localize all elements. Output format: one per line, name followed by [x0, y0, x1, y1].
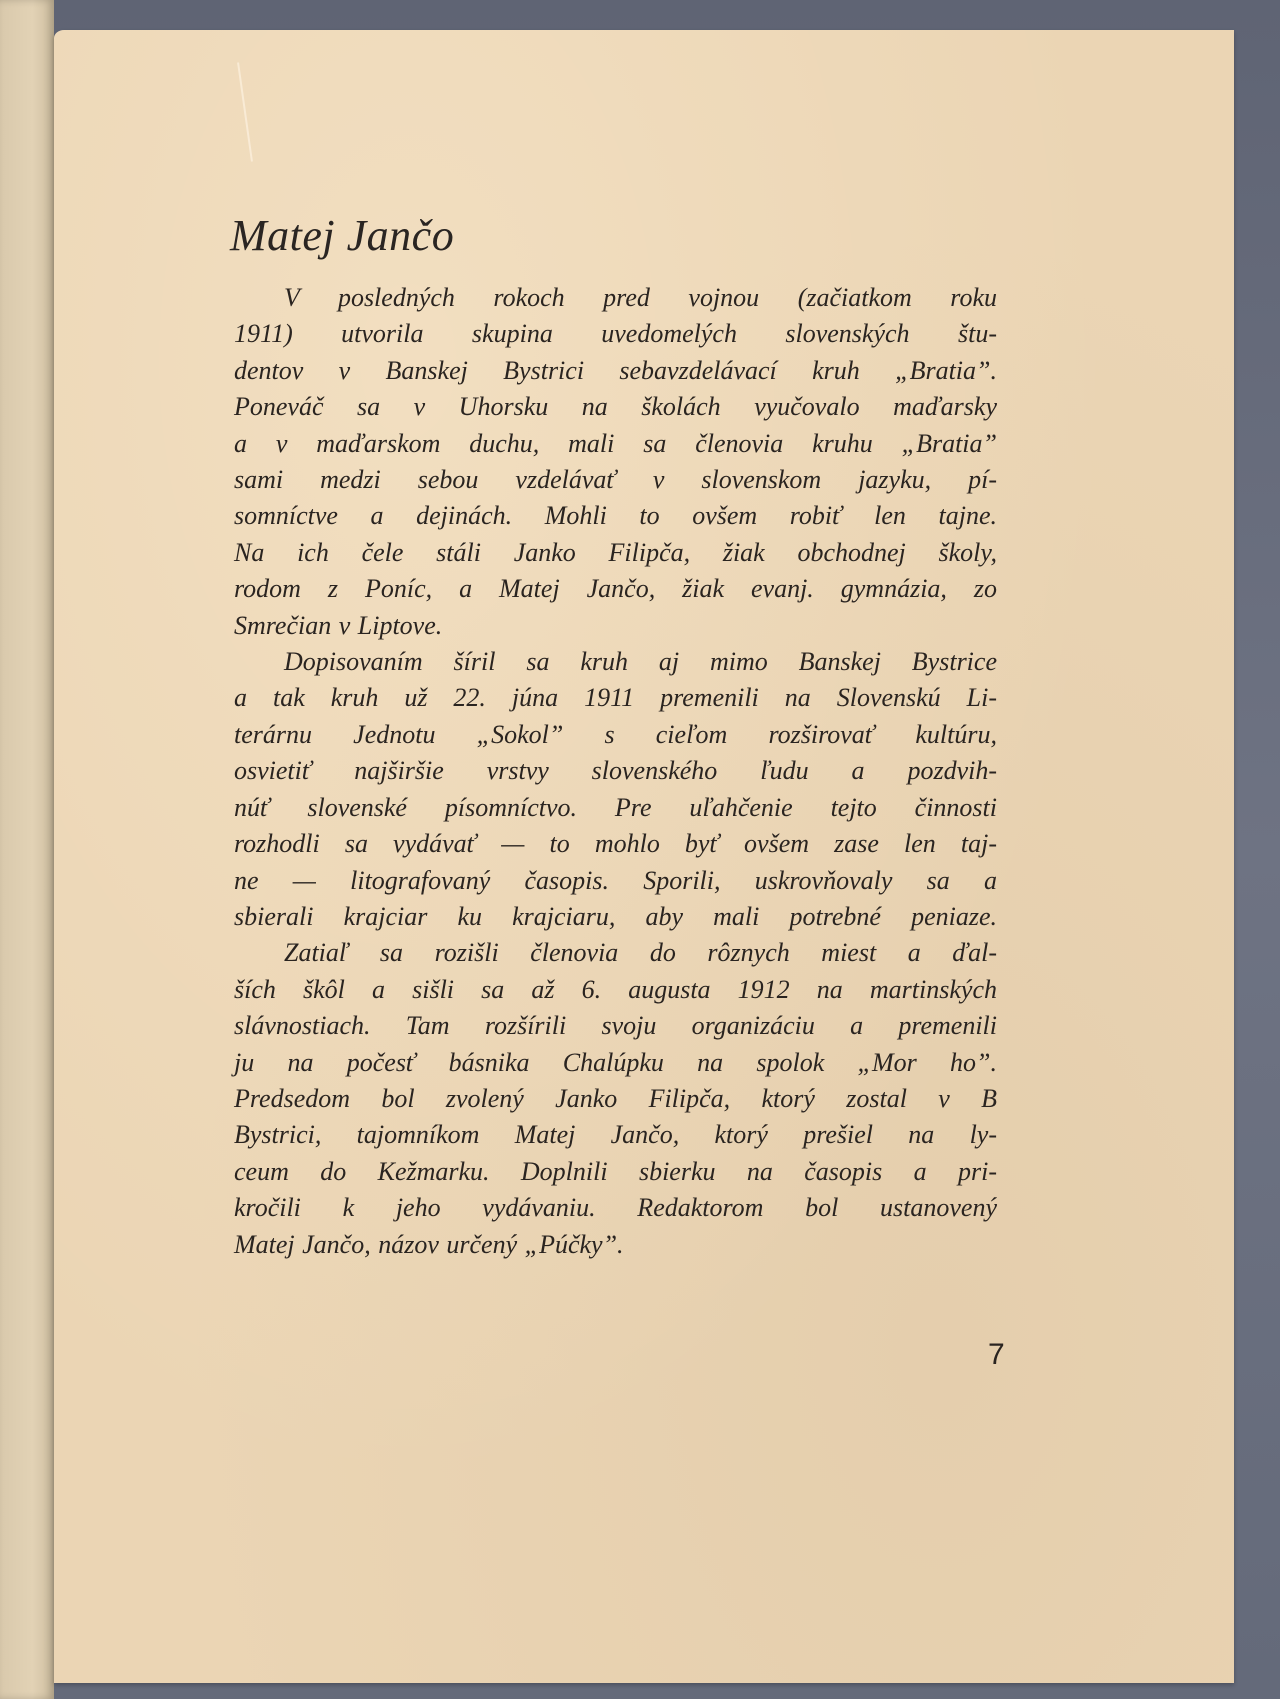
- text-line: a tak kruh už 22. júna 1911 premenili na…: [234, 680, 997, 716]
- text-line: Dopisovaním šíril sa kruh aj mimo Banske…: [234, 644, 997, 680]
- text-line: kročili k jeho vydávaniu. Redaktorom bol…: [234, 1190, 997, 1226]
- text-line: rozhodli sa vydávať — to mohlo byť ovšem…: [234, 826, 997, 862]
- page-text-block: Matej Jančo V posledných rokoch pred voj…: [234, 208, 997, 1263]
- paper-crease: [237, 62, 253, 161]
- text-line: Predsedom bol zvolený Janko Filipča, kto…: [234, 1081, 997, 1117]
- book-page: Matej Jančo V posledných rokoch pred voj…: [54, 30, 1234, 1683]
- text-line: rodom z Poníc, a Matej Jančo, žiak evanj…: [234, 571, 997, 607]
- text-line: Smrečian v Liptove.: [234, 608, 997, 644]
- paragraph-3: Zatiaľ sa rozišli členovia do rôznych mi…: [234, 935, 997, 1263]
- text-line: a v maďarskom duchu, mali sa členovia kr…: [234, 426, 997, 462]
- text-line: ších škôl a sišli sa až 6. augusta 1912 …: [234, 972, 997, 1008]
- text-line: slávnostiach. Tam rozšírili svoju organi…: [234, 1008, 997, 1044]
- text-line: osvietiť najširšie vrstvy slovenského ľu…: [234, 753, 997, 789]
- text-line: Matej Jančo, názov určený „Púčky”.: [234, 1227, 997, 1263]
- text-line: sami medzi sebou vzdelávať v slovenskom …: [234, 462, 997, 498]
- text-line: Poneváč sa v Uhorsku na školách vyučoval…: [234, 389, 997, 425]
- facing-page-edge: [0, 0, 54, 1699]
- text-line: dentov v Banskej Bystrici sebavzdelávací…: [234, 353, 997, 389]
- text-line: 1911) utvorila skupina uvedomelých slove…: [234, 316, 997, 352]
- page-number: 7: [988, 1338, 1005, 1372]
- text-line: V posledných rokoch pred vojnou (začiatk…: [234, 280, 997, 316]
- text-line: Bystrici, tajomníkom Matej Jančo, ktorý …: [234, 1117, 997, 1153]
- text-line: núť slovenské písomníctvo. Pre uľahčenie…: [234, 790, 997, 826]
- paragraph-2: Dopisovaním šíril sa kruh aj mimo Banske…: [234, 644, 997, 935]
- text-line: terárnu Jednotu „Sokol” s cieľom rozširo…: [234, 717, 997, 753]
- text-line: ju na počesť básnika Chalúpku na spolok …: [234, 1045, 997, 1081]
- text-line: Na ich čele stáli Janko Filipča, žiak ob…: [234, 535, 997, 571]
- text-line: somníctve a dejinách. Mohli to ovšem rob…: [234, 498, 997, 534]
- text-line: ne — litografovaný časopis. Sporili, usk…: [234, 863, 997, 899]
- chapter-title: Matej Jančo: [230, 208, 997, 264]
- paragraph-1: V posledných rokoch pred vojnou (začiatk…: [234, 280, 997, 644]
- text-line: sbierali krajciar ku krajciaru, aby mali…: [234, 899, 997, 935]
- text-line: Zatiaľ sa rozišli členovia do rôznych mi…: [234, 935, 997, 971]
- text-line: ceum do Kežmarku. Doplnili sbierku na ča…: [234, 1154, 997, 1190]
